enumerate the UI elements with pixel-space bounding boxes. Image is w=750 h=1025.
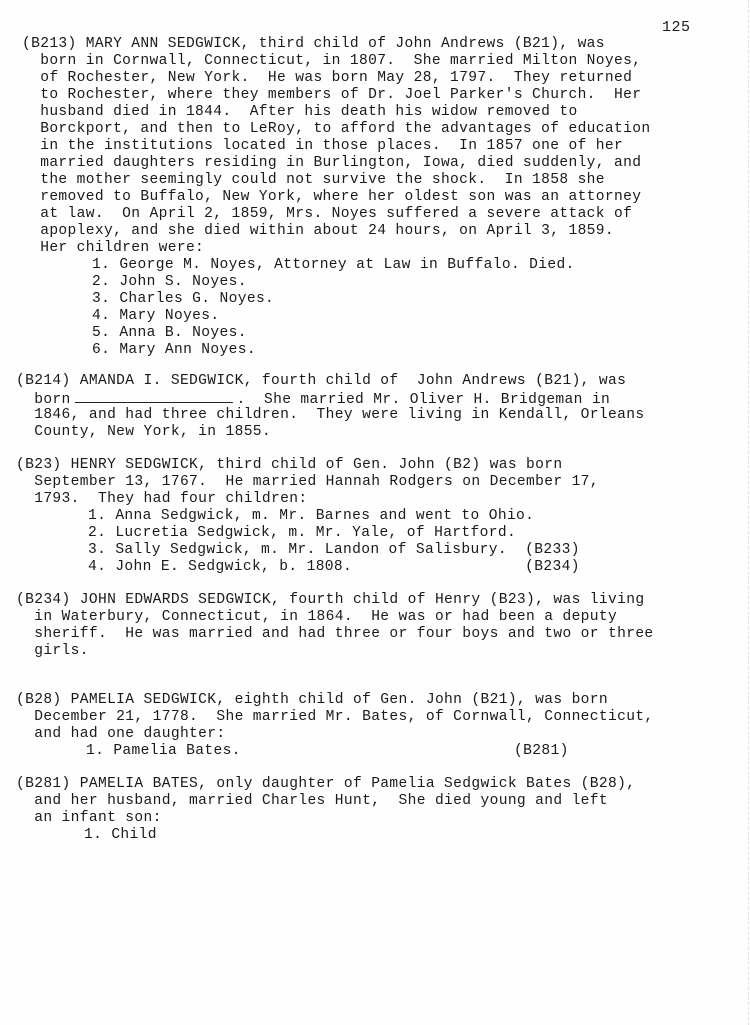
child-item: 3. Charles G. Noyes. <box>92 291 274 308</box>
blank-date-line <box>75 390 233 403</box>
scan-edge-artifact <box>746 0 749 1025</box>
child-item: 2. John S. Noyes. <box>92 274 247 291</box>
child-item: 4. John E. Sedgwick, b. 1808. (B234) <box>88 559 580 576</box>
entry-line: husband died in 1844. After his death hi… <box>22 104 578 121</box>
entry-text: born <box>16 392 71 408</box>
child-item: 1. Pamelia Bates. (B281) <box>86 743 569 760</box>
entry-line: and her husband, married Charles Hunt, S… <box>16 793 608 810</box>
entry-line: Her children were: <box>22 240 204 257</box>
entry-line: born in Cornwall, Connecticut, in 1807. … <box>22 53 641 70</box>
entry-line: (B28) PAMELIA SEDGWICK, eighth child of … <box>16 692 608 709</box>
entry-line: girls. <box>16 643 89 660</box>
entry-line: (B213) MARY ANN SEDGWICK, third child of… <box>22 36 605 53</box>
child-item: 1. Child <box>84 827 157 844</box>
entry-line: to Rochester, where they members of Dr. … <box>22 87 641 104</box>
entry-line: married daughters residing in Burlington… <box>22 155 641 172</box>
page-number: 125 <box>662 19 691 36</box>
entry-line: sheriff. He was married and had three or… <box>16 626 654 643</box>
entry-line: an infant son: <box>16 810 162 827</box>
entry-line: County, New York, in 1855. <box>16 424 271 441</box>
entry-line: in the institutions located in those pla… <box>22 138 623 155</box>
child-item: 2. Lucretia Sedgwick, m. Mr. Yale, of Ha… <box>88 525 516 542</box>
entry-line: 1846, and had three children. They were … <box>16 407 644 424</box>
entry-text: . She married Mr. Oliver H. Bridgeman in <box>237 392 610 408</box>
child-item: 4. Mary Noyes. <box>92 308 220 325</box>
entry-line: apoplexy, and she died within about 24 h… <box>22 223 614 240</box>
entry-line: 1793. They had four children: <box>16 491 307 508</box>
entry-line: (B23) HENRY SEDGWICK, third child of Gen… <box>16 457 562 474</box>
entry-line: (B234) JOHN EDWARDS SEDGWICK, fourth chi… <box>16 592 644 609</box>
entry-line: (B214) AMANDA I. SEDGWICK, fourth child … <box>16 373 626 390</box>
entry-line: in Waterbury, Connecticut, in 1864. He w… <box>16 609 617 626</box>
document-page: 125 (B213) MARY ANN SEDGWICK, third chil… <box>0 0 750 1025</box>
entry-line: the mother seemingly could not survive t… <box>22 172 605 189</box>
child-item: 6. Mary Ann Noyes. <box>92 342 256 359</box>
child-item: 1. Anna Sedgwick, m. Mr. Barnes and went… <box>88 508 534 525</box>
child-item: 3. Sally Sedgwick, m. Mr. Landon of Sali… <box>88 542 580 559</box>
entry-line: September 13, 1767. He married Hannah Ro… <box>16 474 599 491</box>
entry-line: and had one daughter: <box>16 726 225 743</box>
entry-line: at law. On April 2, 1859, Mrs. Noyes suf… <box>22 206 632 223</box>
entry-line: (B281) PAMELIA BATES, only daughter of P… <box>16 776 635 793</box>
entry-line: of Rochester, New York. He was born May … <box>22 70 632 87</box>
child-item: 5. Anna B. Noyes. <box>92 325 247 342</box>
entry-line: December 21, 1778. She married Mr. Bates… <box>16 709 654 726</box>
child-item: 1. George M. Noyes, Attorney at Law in B… <box>92 257 575 274</box>
entry-line: Borckport, and then to LeRoy, to afford … <box>22 121 650 138</box>
entry-line: removed to Buffalo, New York, where her … <box>22 189 641 206</box>
